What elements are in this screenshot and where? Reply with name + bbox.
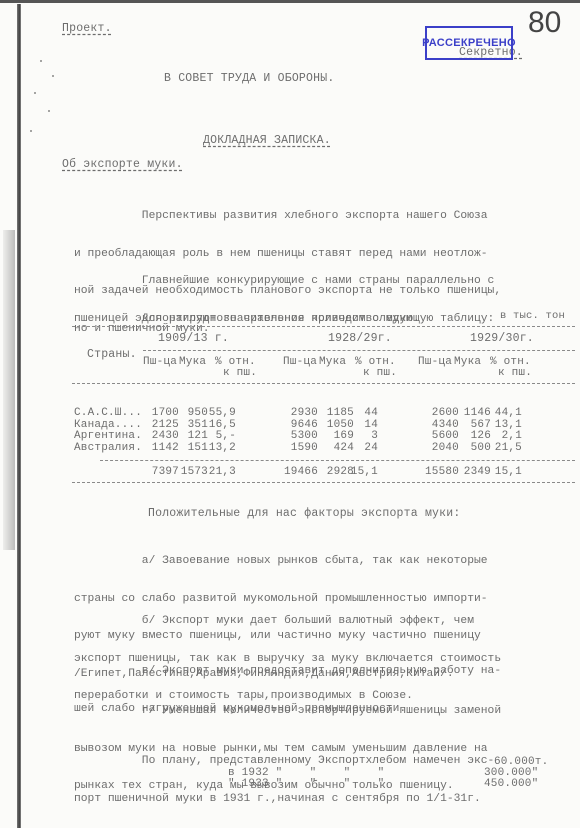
scan-binding-shadow (3, 230, 15, 550)
table-cell: 1590 (291, 442, 318, 454)
scan-speckle (30, 130, 32, 132)
total-cell: 19466 (284, 466, 318, 478)
table-cell: 424 (334, 442, 354, 454)
total-cell: 21,3 (209, 466, 236, 478)
country-name: Австралия. (74, 442, 142, 454)
addressee: В СОВЕТ ТРУДА И ОБОРОНЫ. (164, 72, 334, 85)
table-cell: 5600 (432, 430, 459, 442)
table-cell: 169 (334, 430, 354, 442)
subheader-flour: Мука (454, 356, 481, 368)
table-cell: 351 (188, 419, 208, 431)
table-cell: 2040 (432, 442, 459, 454)
factors-heading: Положительные для нас факторы экспорта м… (148, 507, 460, 520)
subheader-percent-note: к пш. (498, 367, 532, 379)
table-rule (72, 482, 575, 483)
table-country-header: Страны. (87, 348, 137, 361)
table-cell: 2930 (291, 407, 318, 419)
table-cell: 2125 (152, 419, 179, 431)
table-cell: 3 (371, 430, 378, 442)
subheader-wheat: Пш-ца (143, 356, 177, 368)
text-line: г/ Уменьшая количество экспортируемой пш… (74, 705, 574, 718)
intro-paragraph-3: Для наглядного сравнения приводим следую… (74, 288, 574, 338)
table-cell: 9646 (291, 419, 318, 431)
total-cell: 2349 (464, 466, 491, 478)
table-cell: 44 (364, 407, 378, 419)
total-cell: 15,1 (495, 466, 522, 478)
text-line: порт пшеничной муки в 1931 г.,начиная с … (74, 793, 574, 806)
table-cell: 567 (471, 419, 491, 431)
declassified-stamp: РАССЕКРЕЧЕНО (425, 26, 513, 60)
table-cell: 2,1 (502, 430, 522, 442)
country-name: Аргентина. (74, 430, 142, 442)
text-line: Главнейшие конкурирующие с нами страны п… (74, 275, 574, 288)
subheader-wheat: Пш-ца (418, 356, 452, 368)
subheader-percent-note: к пш. (223, 367, 257, 379)
plan-amount: 450.000" (484, 778, 538, 790)
table-cell: 5300 (291, 430, 318, 442)
text-line: в/ Экспорт муки предоставит дополнительн… (74, 665, 574, 678)
document-title: ДОКЛАДНАЯ ЗАПИСКА. (203, 134, 331, 147)
subheader-flour: Мука (179, 356, 206, 368)
text-line: Перспективы развития хлебного экспорта н… (74, 210, 574, 223)
subheader-wheat: Пш-ца (283, 356, 317, 368)
table-cell: 126 (471, 430, 491, 442)
table-cell: 500 (471, 442, 491, 454)
table-unit: в тыс. тон (500, 310, 565, 322)
table-cell: 5,- (216, 430, 236, 442)
table-rule (100, 460, 575, 461)
draft-label: Проект. (62, 22, 112, 35)
table-cell: 21,5 (495, 442, 522, 454)
table-cell: 55,9 (209, 407, 236, 419)
table-cell: 24 (364, 442, 378, 454)
table-rule (72, 383, 575, 384)
text-line: б/ Экспорт муки дает больший валютный эф… (74, 615, 574, 628)
country-name: Канада.... (74, 419, 142, 431)
table-cell: 1142 (152, 442, 179, 454)
page-number: 80 (528, 6, 561, 40)
table-cell: 2600 (432, 407, 459, 419)
table-rule (143, 350, 575, 351)
document-subject: Об экспорте муки. (62, 158, 183, 171)
scan-binding-line (17, 4, 21, 828)
scan-speckle (34, 92, 36, 94)
total-cell: 7397 (152, 466, 179, 478)
table-cell: 950 (188, 407, 208, 419)
table-cell: 14 (364, 419, 378, 431)
table-period-header: 1909/13 г. (158, 332, 229, 345)
total-cell: 1573 (181, 466, 208, 478)
table-cell: 13,1 (495, 419, 522, 431)
scan-speckle (52, 75, 54, 77)
table-cell: 13,2 (209, 442, 236, 454)
table-cell: 151 (188, 442, 208, 454)
subheader-percent-note: к пш. (363, 367, 397, 379)
total-cell: 15,1 (351, 466, 378, 478)
scan-top-edge (0, 0, 580, 3)
subheader-flour: Мука (319, 356, 346, 368)
table-rule (72, 326, 575, 327)
table-cell: 44,1 (495, 407, 522, 419)
table-cell: 1700 (152, 407, 179, 419)
total-cell: 15580 (425, 466, 459, 478)
table-cell: 2430 (152, 430, 179, 442)
scan-speckle (40, 60, 42, 62)
country-name: С.А.С.Ш... (74, 407, 142, 419)
scan-speckle (48, 110, 50, 112)
plan-year-label: " 1933 " " " " (228, 778, 384, 790)
table-cell: 4340 (432, 419, 459, 431)
table-cell: 1146 (464, 407, 491, 419)
table-period-header: 1929/30г. (470, 332, 534, 345)
table-cell: 1050 (327, 419, 354, 431)
table-cell: 16,5 (209, 419, 236, 431)
table-cell: 1185 (327, 407, 354, 419)
text-line: а/ Завоевание новых рынков сбыта, так ка… (74, 555, 574, 568)
table-period-header: 1928/29г. (328, 332, 392, 345)
text-line: Для наглядного сравнения приводим следую… (74, 313, 574, 326)
table-cell: 121 (188, 430, 208, 442)
